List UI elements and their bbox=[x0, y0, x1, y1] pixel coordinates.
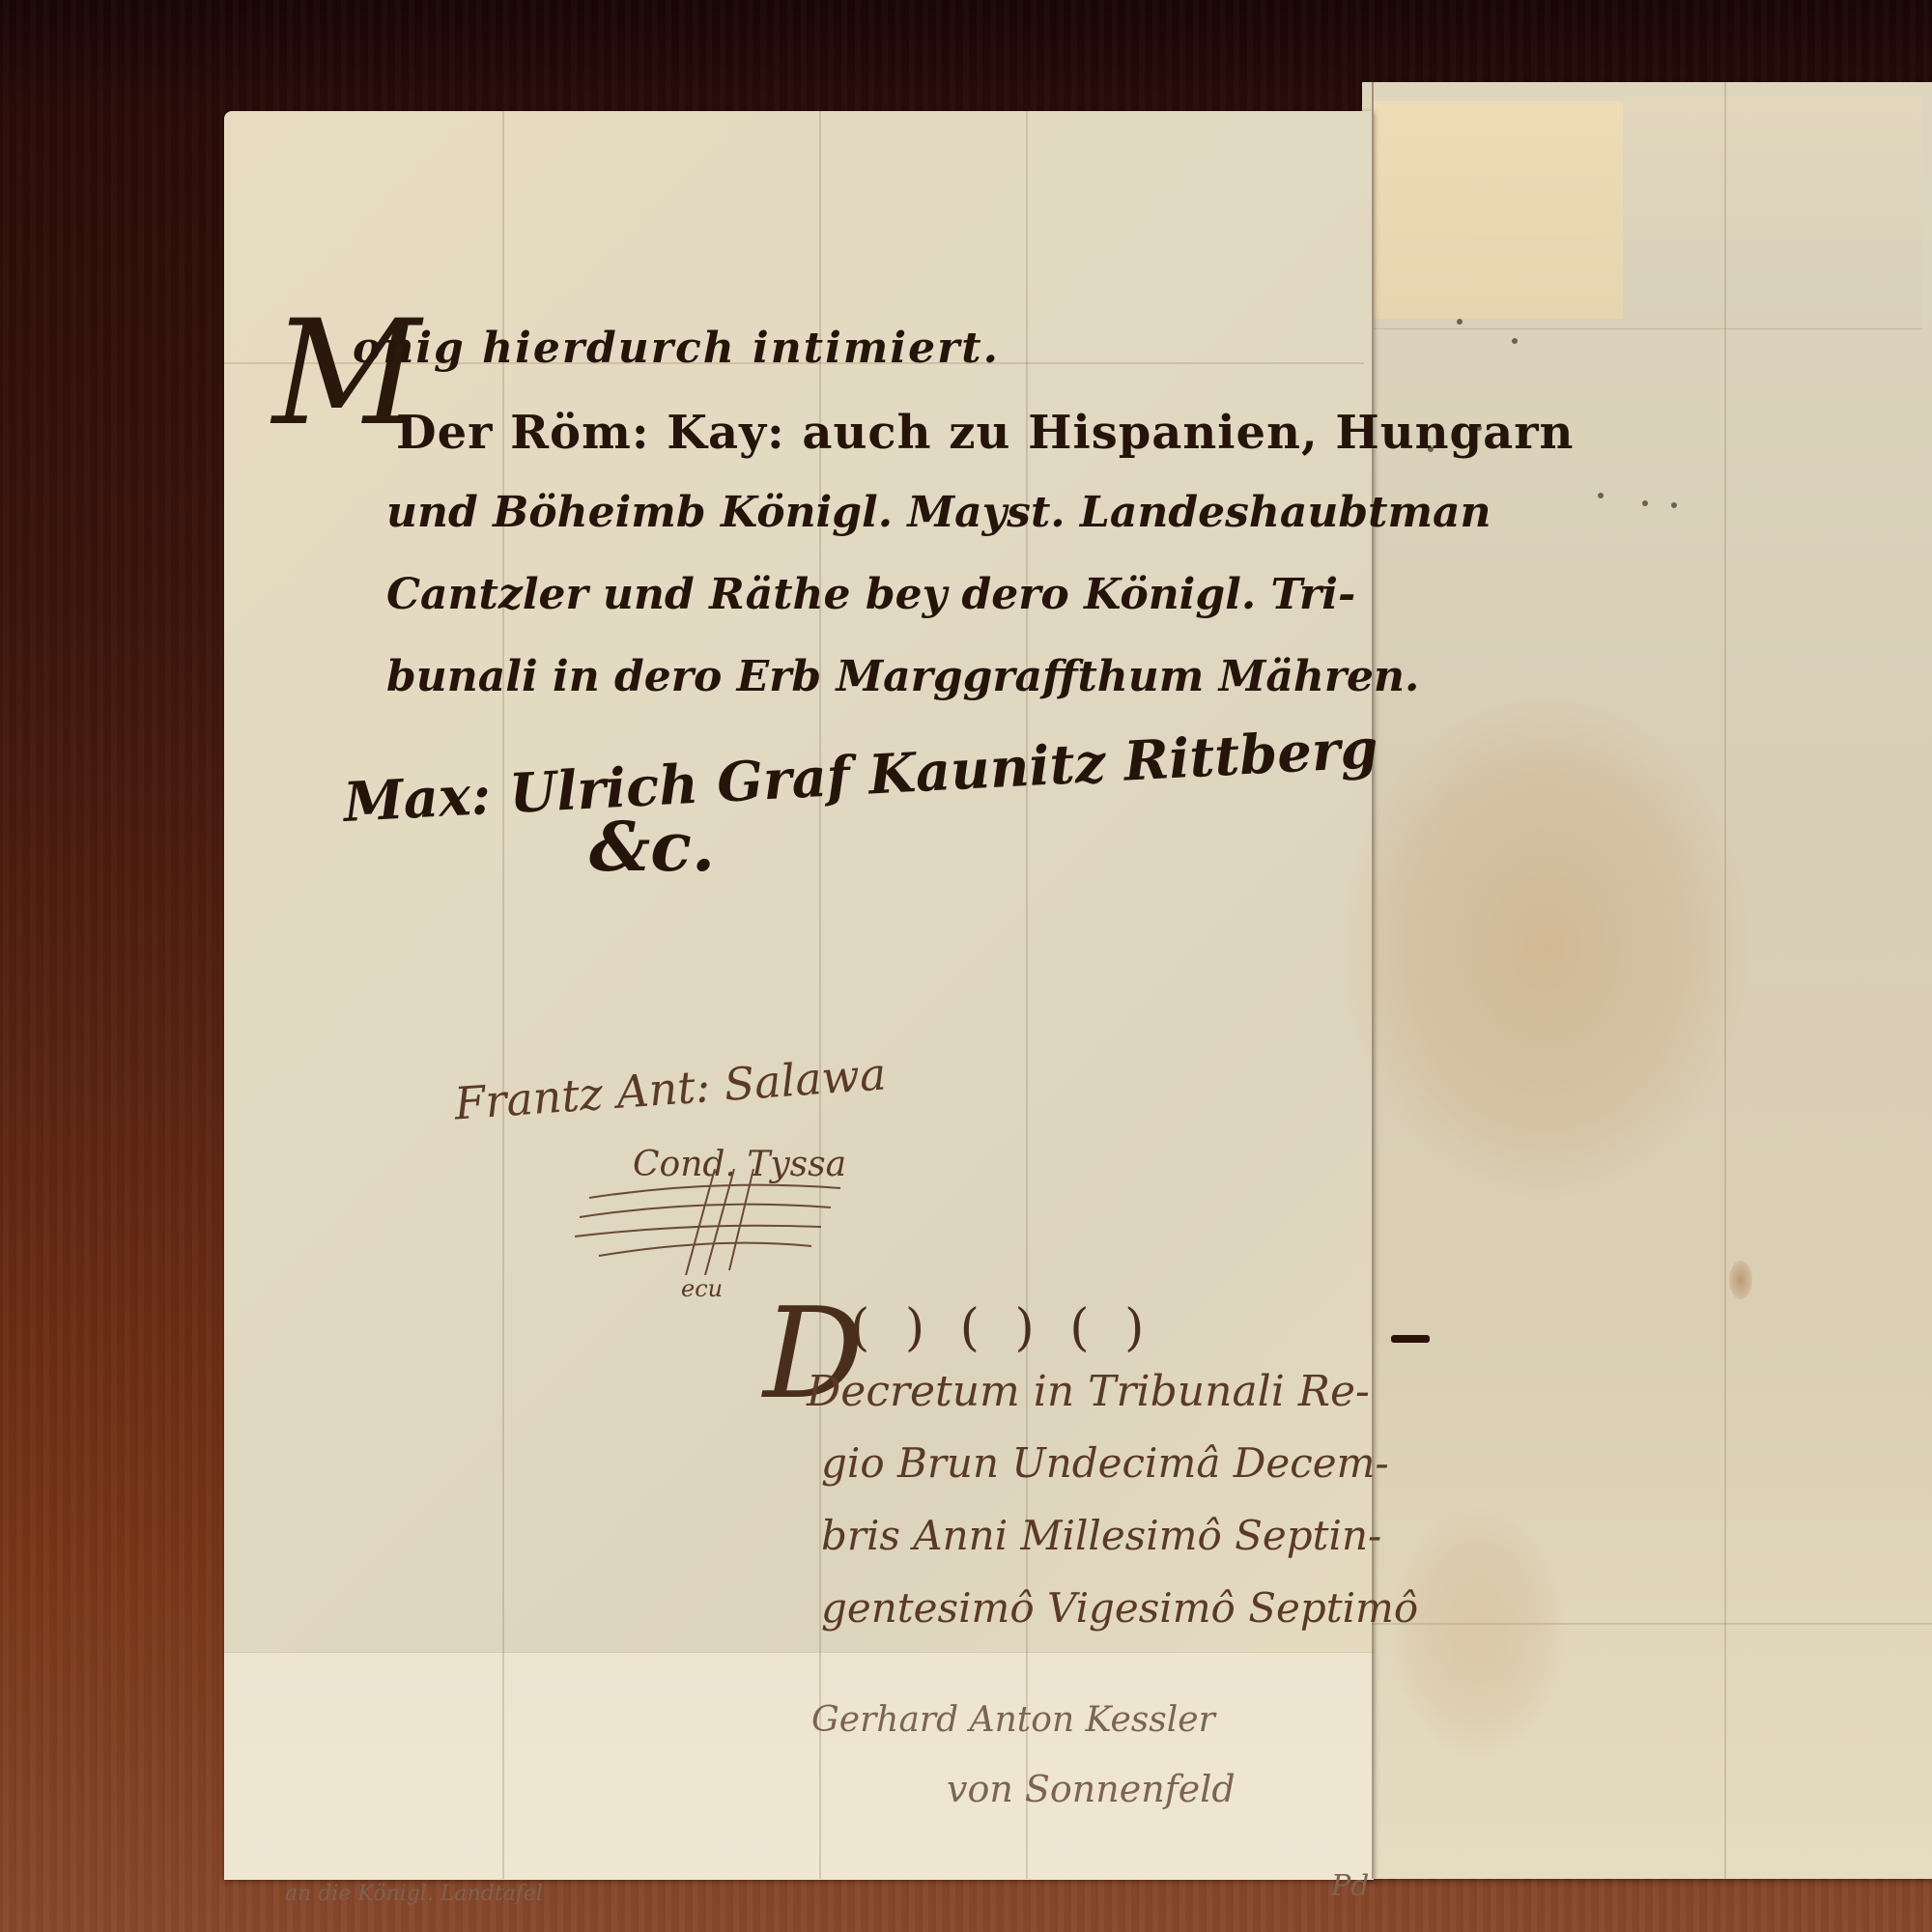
header-line-1: onig hierdurch intimiert. bbox=[353, 324, 1000, 373]
ink-speck bbox=[1457, 319, 1463, 325]
receipt-line-1: Gerhard Anton Kessler bbox=[811, 1700, 1215, 1740]
receipt-line-2: von Sonnenfeld bbox=[947, 1768, 1236, 1810]
ink-speck bbox=[1512, 338, 1518, 344]
water-stain bbox=[1391, 1507, 1565, 1758]
decree-line-3: bris Anni Millesimô Septin- bbox=[821, 1512, 1381, 1559]
ink-speck bbox=[1598, 493, 1604, 498]
ink-speck bbox=[1642, 500, 1648, 506]
fold-line bbox=[502, 111, 504, 1879]
signature-flourish-strokes bbox=[570, 1169, 850, 1275]
ink-blot bbox=[1391, 1335, 1430, 1343]
decree-ornament-flourishes: ( ) ( ) ( ) bbox=[850, 1299, 1153, 1357]
paper-damage-mark bbox=[1729, 1261, 1752, 1299]
decree-line-4: gentesimô Vigesimô Septimô bbox=[821, 1584, 1418, 1632]
paper-yellowed-flap bbox=[1372, 101, 1623, 319]
decree-line-2: gio Brun Undecimâ Decem- bbox=[821, 1439, 1389, 1487]
corner-mark: Pd bbox=[1331, 1869, 1369, 1903]
header-line-3: und Böheimb Königl. Mayst. Landeshaubtma… bbox=[386, 488, 1492, 537]
ink-speck bbox=[1671, 502, 1677, 508]
header-line-4: Cantzler und Räthe bey dero Königl. Tri- bbox=[386, 570, 1355, 619]
header-line-2-title: Der Röm: Kay: auch zu Hispanien, Hungarn bbox=[396, 406, 1574, 460]
signature-flourish: &c. bbox=[589, 807, 715, 887]
paper-bottom-fold-strip bbox=[224, 1652, 1374, 1880]
header-line-5: bunali in dero Erb Marggraffthum Mähren. bbox=[386, 652, 1419, 701]
address-note: an die Königl. Landtafel bbox=[285, 1882, 543, 1906]
signature-small-note: ecu bbox=[681, 1275, 723, 1302]
decree-line-1: Decretum in Tribunali Re- bbox=[807, 1367, 1370, 1416]
water-stain bbox=[1343, 696, 1748, 1198]
